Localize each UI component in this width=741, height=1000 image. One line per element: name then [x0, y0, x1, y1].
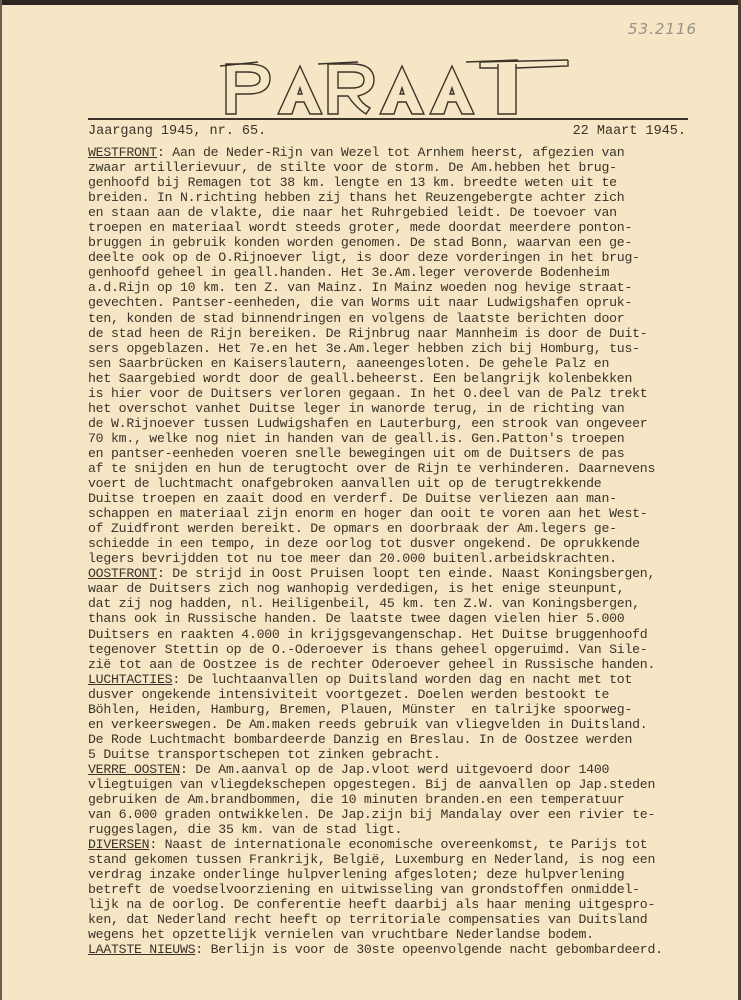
issue-volume: Jaargang 1945, nr. 65. — [88, 124, 266, 139]
section-heading: LAATSTE NIEUWS — [88, 942, 195, 957]
line-text: het overschot vanhet Duitse leger in wan… — [88, 401, 624, 416]
line-text: het Saargebied wordt door de geall.behee… — [88, 371, 632, 386]
text-line: zwaar artillerievuur, de stilte voor de … — [88, 160, 728, 175]
line-text: is hier voor de Duitsers verloren gegaan… — [88, 386, 647, 401]
line-text: : Naast de internationale economische ov… — [149, 837, 647, 852]
line-text: waar de Duitsers zich nog wanhopig verde… — [88, 581, 624, 596]
line-text: legers bevrijdden tot nu toe meer dan 20… — [88, 551, 617, 566]
text-line: het Saargebied wordt door de geall.behee… — [88, 371, 728, 386]
text-line: genhoofd geheel in geall.handen. Het 3e.… — [88, 265, 728, 280]
text-line: schiedde in een tempo, in deze oorlog to… — [88, 536, 728, 551]
line-text: sen Saarbrücken en Kaiserslautern, aanee… — [88, 356, 609, 371]
news-section-diversen: DIVERSEN: Naast de internationale econom… — [88, 837, 728, 942]
text-line: wegens het opzettelijk vernielen van vru… — [88, 927, 728, 942]
line-text: Duitsers en raakten 4.000 in krijgsgevan… — [88, 627, 647, 642]
text-line: De Rode Luchtmacht bombardeerde Danzig e… — [88, 732, 728, 747]
text-line: het overschot vanhet Duitse leger in wan… — [88, 401, 728, 416]
text-line: genhoofd bij Remagen tot 38 km. lengte e… — [88, 175, 728, 190]
line-text: de stad heen de Rijn bereiken. De Rijnbr… — [88, 326, 647, 341]
line-text: sers opgeblazen. Het 7e.en het 3e.Am.leg… — [88, 341, 640, 356]
text-line: lijk na de oorlog. De conferentie heeft … — [88, 897, 728, 912]
text-line: en pantser-eenheden voeren snelle bewegi… — [88, 446, 728, 461]
line-text: a.d.Rijn op 10 km. ten Z. van Mainz. In … — [88, 280, 632, 295]
line-text: : Berlijn is voor de 30ste opeenvolgende… — [195, 942, 663, 957]
text-line: voert de luchtmacht onafgebroken aanvall… — [88, 476, 728, 491]
text-line: is hier voor de Duitsers verloren gegaan… — [88, 386, 728, 401]
line-text: zwaar artillerievuur, de stilte voor de … — [88, 160, 617, 175]
text-line: breiden. In N.richting hebben zij thans … — [88, 190, 728, 205]
line-text: voert de luchtmacht onafgebroken aanvall… — [88, 476, 601, 491]
text-line: 70 km., welke nog niet in handen van de … — [88, 431, 728, 446]
line-text: af te snijden en hun de terugtocht over … — [88, 461, 655, 476]
text-line: troepen en materiaal wordt steeds groter… — [88, 220, 728, 235]
line-text: 5 Duitse transportschepen tot zinken geb… — [88, 747, 441, 762]
line-text: deelte ook op de O.Rijnoever ligt, is do… — [88, 250, 640, 265]
news-section-verre-oosten: VERRE OOSTEN: De Am.aanval op de Jap.vlo… — [88, 762, 728, 837]
line-text: breiden. In N.richting hebben zij thans … — [88, 190, 624, 205]
line-text: thans ook in Russische handen. De laatst… — [88, 611, 624, 626]
line-text: genhoofd geheel in geall.handen. Het 3e.… — [88, 265, 609, 280]
section-heading: WESTFRONT — [88, 145, 157, 160]
line-text: genhoofd bij Remagen tot 38 km. lengte e… — [88, 175, 617, 190]
scan-border-left — [0, 0, 2, 1000]
text-line: sers opgeblazen. Het 7e.en het 3e.Am.leg… — [88, 341, 728, 356]
text-line: of Zuidfront werden bereikt. De opmars e… — [88, 521, 728, 536]
text-line: tegenover Stettin op de O.-Oderoever is … — [88, 642, 728, 657]
text-line: stand gekomen tussen Frankrijk, België, … — [88, 852, 728, 867]
line-text: schappen en materiaal zijn enorm en hoge… — [88, 506, 647, 521]
text-line: dat zij nog hadden, nl. Heiligenbeil, 45… — [88, 596, 728, 611]
line-text: De Rode Luchtmacht bombardeerde Danzig e… — [88, 732, 632, 747]
line-text: 70 km., welke nog niet in handen van de … — [88, 431, 624, 446]
line-text: en staan aan de vlakte, die naar het Ruh… — [88, 205, 617, 220]
text-line: gebruiken de Am.brandbommen, die 10 minu… — [88, 792, 728, 807]
line-text: dusver ongekende intensiviteit voortgeze… — [88, 687, 609, 702]
text-line: van 6.000 graden ontwikkelen. De Jap.zij… — [88, 807, 728, 822]
text-line: ken, dat Nederland recht heeft op territ… — [88, 912, 728, 927]
text-line: DIVERSEN: Naast de internationale econom… — [88, 837, 728, 852]
section-heading: DIVERSEN — [88, 837, 149, 852]
text-line: deelte ook op de O.Rijnoever ligt, is do… — [88, 250, 728, 265]
line-text: of Zuidfront werden bereikt. De opmars e… — [88, 521, 617, 536]
masthead-rule — [88, 118, 688, 120]
text-line: ruggeslagen, die 35 km. van de stad ligt… — [88, 822, 728, 837]
text-line: gevechten. Pantser-eenheden, die van Wor… — [88, 295, 728, 310]
line-text: ruggeslagen, die 35 km. van de stad ligt… — [88, 822, 402, 837]
text-line: de W.Rijnoever tussen Ludwigshafen en La… — [88, 416, 728, 431]
text-line: zië tot aan de Oostzee is de rechter Ode… — [88, 657, 728, 672]
text-line: LAATSTE NIEUWS: Berlijn is voor de 30ste… — [88, 942, 728, 957]
section-heading: VERRE OOSTEN — [88, 762, 180, 777]
line-text: zië tot aan de Oostzee is de rechter Ode… — [88, 657, 655, 672]
line-text: gebruiken de Am.brandbommen, die 10 minu… — [88, 792, 624, 807]
news-section-westfront: WESTFRONT: Aan de Neder-Rijn van Wezel t… — [88, 145, 728, 566]
text-line: WESTFRONT: Aan de Neder-Rijn van Wezel t… — [88, 145, 728, 160]
line-text: en pantser-eenheden voeren snelle bewegi… — [88, 446, 624, 461]
line-text: wegens het opzettelijk vernielen van vru… — [88, 927, 594, 942]
line-text: verdrag inzake onderlinge hulpverlening … — [88, 867, 624, 882]
line-text: ken, dat Nederland recht heeft op territ… — [88, 912, 647, 927]
line-text: : De luchtaanvallen op Duitsland worden … — [172, 672, 632, 687]
line-text: : De Am.aanval op de Jap.vloot werd uitg… — [180, 762, 609, 777]
text-line: de stad heen de Rijn bereiken. De Rijnbr… — [88, 326, 728, 341]
text-line: VERRE OOSTEN: De Am.aanval op de Jap.vlo… — [88, 762, 728, 777]
text-line: legers bevrijdden tot nu toe meer dan 20… — [88, 551, 728, 566]
line-text: bruggen in gebruik konden worden genomen… — [88, 235, 632, 250]
text-line: ten, konden de stad binnendringen en vol… — [88, 311, 728, 326]
line-text: stand gekomen tussen Frankrijk, België, … — [88, 852, 655, 867]
line-text: gevechten. Pantser-eenheden, die van Wor… — [88, 295, 632, 310]
text-line: a.d.Rijn op 10 km. ten Z. van Mainz. In … — [88, 280, 728, 295]
text-line: 5 Duitse transportschepen tot zinken geb… — [88, 747, 728, 762]
scan-border-top — [0, 0, 741, 5]
line-text: : De strijd in Oost Pruisen loopt ten ei… — [157, 566, 655, 581]
line-text: lijk na de oorlog. De conferentie heeft … — [88, 897, 655, 912]
text-line: betreft de voedselvoorziening en uitwiss… — [88, 882, 728, 897]
line-text: dat zij nog hadden, nl. Heiligenbeil, 45… — [88, 596, 640, 611]
text-line: verdrag inzake onderlinge hulpverlening … — [88, 867, 728, 882]
line-text: en verkeerswegen. De Am.maken reeds gebr… — [88, 717, 647, 732]
text-line: OOSTFRONT: De strijd in Oost Pruisen loo… — [88, 566, 728, 581]
masthead-logo — [218, 58, 578, 118]
text-line: thans ook in Russische handen. De laatst… — [88, 611, 728, 626]
line-text: : Aan de Neder-Rijn van Wezel tot Arnhem… — [157, 145, 625, 160]
section-heading: OOSTFRONT — [88, 566, 157, 581]
line-text: tegenover Stettin op de O.-Oderoever is … — [88, 642, 647, 657]
text-line: vliegtuigen van vliegdekschepen opgesteg… — [88, 777, 728, 792]
text-line: en verkeerswegen. De Am.maken reeds gebr… — [88, 717, 728, 732]
text-line: schappen en materiaal zijn enorm en hoge… — [88, 506, 728, 521]
line-text: ten, konden de stad binnendringen en vol… — [88, 311, 624, 326]
line-text: schiedde in een tempo, in deze oorlog to… — [88, 536, 640, 551]
news-section-luchtacties: LUCHTACTIES: De luchtaanvallen op Duitsl… — [88, 672, 728, 762]
text-line: waar de Duitsers zich nog wanhopig verde… — [88, 581, 728, 596]
issue-date: 22 Maart 1945. — [573, 124, 686, 139]
line-text: troepen en materiaal wordt steeds groter… — [88, 220, 632, 235]
line-text: vliegtuigen van vliegdekschepen opgesteg… — [88, 777, 655, 792]
section-heading: LUCHTACTIES — [88, 672, 172, 687]
text-line: Duitse troepen en zaait dood en verderf.… — [88, 491, 728, 506]
newsletter-body: WESTFRONT: Aan de Neder-Rijn van Wezel t… — [88, 145, 728, 958]
news-section-oostfront: OOSTFRONT: De strijd in Oost Pruisen loo… — [88, 566, 728, 671]
text-line: Duitsers en raakten 4.000 in krijgsgevan… — [88, 627, 728, 642]
text-line: af te snijden en hun de terugtocht over … — [88, 461, 728, 476]
line-text: de W.Rijnoever tussen Ludwigshafen en La… — [88, 416, 647, 431]
text-line: bruggen in gebruik konden worden genomen… — [88, 235, 728, 250]
line-text: Böhlen, Heiden, Hamburg, Bremen, Plauen,… — [88, 702, 632, 717]
text-line: LUCHTACTIES: De luchtaanvallen op Duitsl… — [88, 672, 728, 687]
issue-info: Jaargang 1945, nr. 65. 22 Maart 1945. — [88, 124, 686, 139]
text-line: sen Saarbrücken en Kaiserslautern, aanee… — [88, 356, 728, 371]
line-text: van 6.000 graden ontwikkelen. De Jap.zij… — [88, 807, 655, 822]
text-line: Böhlen, Heiden, Hamburg, Bremen, Plauen,… — [88, 702, 728, 717]
line-text: betreft de voedselvoorziening en uitwiss… — [88, 882, 640, 897]
line-text: Duitse troepen en zaait dood en verderf.… — [88, 491, 617, 506]
news-section-laatste-nieuws: LAATSTE NIEUWS: Berlijn is voor de 30ste… — [88, 942, 728, 957]
text-line: en staan aan de vlakte, die naar het Ruh… — [88, 205, 728, 220]
text-line: dusver ongekende intensiviteit voortgeze… — [88, 687, 728, 702]
handwritten-archive-number: 53.2116 — [628, 20, 697, 38]
